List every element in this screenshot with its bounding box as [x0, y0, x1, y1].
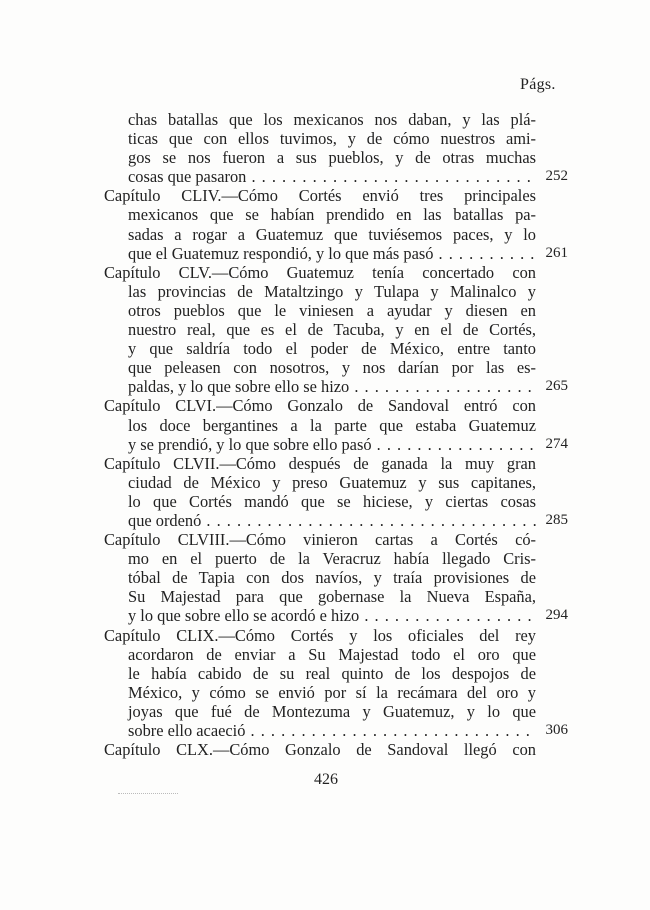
toc-page-ref: 306	[542, 721, 568, 740]
toc-line-text: gos se nos fueron a sus pueblos, y de ot…	[128, 148, 536, 167]
toc-line: que el Guatemuz respondió, y lo que más …	[104, 244, 574, 263]
toc-page-ref: 274	[542, 435, 568, 454]
toc-line-text: Capítulo CLIV.—Cómo Cortés envió tres pr…	[104, 186, 536, 205]
toc-line-text: Capítulo CLIX.—Cómo Cortés y los oficial…	[104, 626, 536, 645]
toc-line: chas batallas que los mexicanos nos daba…	[104, 110, 574, 129]
toc-line: lo que Cortés mandó que se hiciese, y ci…	[104, 492, 574, 511]
toc-line: joyas que fué de Montezuma y Guatemuz, y…	[104, 702, 574, 721]
toc-line: que peleasen con nosotros, y nos darían …	[104, 358, 574, 377]
toc-line-text: ciudad de México y preso Guatemuz y sus …	[128, 473, 536, 492]
toc-line-text: México, y cómo se envió por sí la recáma…	[128, 683, 536, 702]
toc-line-text: los doce bergantines a la parte que esta…	[128, 416, 536, 435]
toc-line: otros pueblos que le viniesen a ayudar y…	[104, 301, 574, 320]
toc-line-text: y que saldría todo el poder de México, e…	[128, 339, 536, 358]
toc-line: Su Majestad para que gobernase la Nueva …	[104, 587, 574, 606]
toc-page-ref: 252	[542, 167, 568, 186]
toc-line-text: las provincias de Mataltzingo y Tulapa y…	[128, 282, 536, 301]
toc-line: México, y cómo se envió por sí la recáma…	[104, 683, 574, 702]
toc-line-text: Su Majestad para que gobernase la Nueva …	[128, 587, 536, 606]
toc-line-text: otros pueblos que le viniesen a ayudar y…	[128, 301, 536, 320]
toc-line: sobre ello acaeció306	[104, 721, 574, 740]
toc-line: las provincias de Mataltzingo y Tulapa y…	[104, 282, 574, 301]
toc-page-ref: 261	[542, 244, 568, 263]
pages-column-header: Págs.	[520, 76, 556, 94]
toc-line-text: lo que Cortés mandó que se hiciese, y ci…	[128, 492, 536, 511]
toc-line-text: sobre ello acaeció	[128, 721, 536, 740]
toc-line: cosas que pasaron252	[104, 167, 574, 186]
toc-line-text: y se prendió, y lo que sobre ello pasó	[128, 435, 536, 454]
toc-chapter-heading: Capítulo CLIX.—Cómo Cortés y los oficial…	[104, 626, 574, 645]
toc-line-text: nuestro real, que es el de Tacuba, y en …	[128, 320, 536, 339]
toc-line-text: acordaron de enviar a Su Majestad todo e…	[128, 645, 536, 664]
toc-chapter-heading: Capítulo CLX.—Cómo Gonzalo de Sandoval l…	[104, 740, 574, 759]
scan-artifact	[118, 793, 178, 794]
toc-line-text: cosas que pasaron	[128, 167, 536, 186]
toc-line: nuestro real, que es el de Tacuba, y en …	[104, 320, 574, 339]
toc-line-text: chas batallas que los mexicanos nos daba…	[128, 110, 536, 129]
toc-line-text: que ordenó	[128, 511, 536, 530]
toc-line: ticas que con ellos tuvimos, y de cómo n…	[104, 129, 574, 148]
toc-line-text: Capítulo CLV.—Cómo Guatemuz tenía concer…	[104, 263, 536, 282]
toc-line: le había cabido de su real quinto de los…	[104, 664, 574, 683]
toc-line-text: Capítulo CLVII.—Cómo después de ganada l…	[104, 454, 536, 473]
toc-line-text: y lo que sobre ello se acordó e hizo	[128, 606, 536, 625]
toc-line-text: le había cabido de su real quinto de los…	[128, 664, 536, 683]
toc-line-text: tóbal de Tapia con dos navíos, y traía p…	[128, 568, 536, 587]
toc-chapter-heading: Capítulo CLVI.—Cómo Gonzalo de Sandoval …	[104, 396, 574, 415]
toc-chapter-heading: Capítulo CLV.—Cómo Guatemuz tenía concer…	[104, 263, 574, 282]
toc-line-text: joyas que fué de Montezuma y Guatemuz, y…	[128, 702, 536, 721]
toc-line: paldas, y lo que sobre ello se hizo265	[104, 377, 574, 396]
toc-line-text: mexicanos que se habían prendido en las …	[128, 205, 536, 224]
toc-line-text: Capítulo CLX.—Cómo Gonzalo de Sandoval l…	[104, 740, 536, 759]
toc-line: tóbal de Tapia con dos navíos, y traía p…	[104, 568, 574, 587]
toc-page-ref: 265	[542, 377, 568, 396]
toc-line: y se prendió, y lo que sobre ello pasó27…	[104, 435, 574, 454]
toc-line-text: Capítulo CLVI.—Cómo Gonzalo de Sandoval …	[104, 396, 536, 415]
toc-line: y lo que sobre ello se acordó e hizo294	[104, 606, 574, 625]
toc-page-ref: 285	[542, 511, 568, 530]
toc-chapter-heading: Capítulo CLIV.—Cómo Cortés envió tres pr…	[104, 186, 574, 205]
toc-line-text: que peleasen con nosotros, y nos darían …	[128, 358, 536, 377]
toc-line: los doce bergantines a la parte que esta…	[104, 416, 574, 435]
toc-chapter-heading: Capítulo CLVII.—Cómo después de ganada l…	[104, 454, 574, 473]
page-number: 426	[314, 771, 338, 789]
toc-line: ciudad de México y preso Guatemuz y sus …	[104, 473, 574, 492]
toc-line: acordaron de enviar a Su Majestad todo e…	[104, 645, 574, 664]
table-of-contents: chas batallas que los mexicanos nos daba…	[104, 110, 574, 759]
toc-line: gos se nos fueron a sus pueblos, y de ot…	[104, 148, 574, 167]
toc-line: mo en el puerto de la Veracruz había lle…	[104, 549, 574, 568]
toc-line: y que saldría todo el poder de México, e…	[104, 339, 574, 358]
toc-line-text: mo en el puerto de la Veracruz había lle…	[128, 549, 536, 568]
toc-line-text: paldas, y lo que sobre ello se hizo	[128, 377, 536, 396]
toc-page-ref: 294	[542, 606, 568, 625]
toc-line: que ordenó285	[104, 511, 574, 530]
toc-line-text: sadas a rogar a Guatemuz que tuviésemos …	[128, 225, 536, 244]
toc-line-text: Capítulo CLVIII.—Cómo vinieron cartas a …	[104, 530, 536, 549]
toc-line: mexicanos que se habían prendido en las …	[104, 205, 574, 224]
toc-line: sadas a rogar a Guatemuz que tuviésemos …	[104, 225, 574, 244]
toc-chapter-heading: Capítulo CLVIII.—Cómo vinieron cartas a …	[104, 530, 574, 549]
toc-line-text: ticas que con ellos tuvimos, y de cómo n…	[128, 129, 536, 148]
toc-line-text: que el Guatemuz respondió, y lo que más …	[128, 244, 536, 263]
